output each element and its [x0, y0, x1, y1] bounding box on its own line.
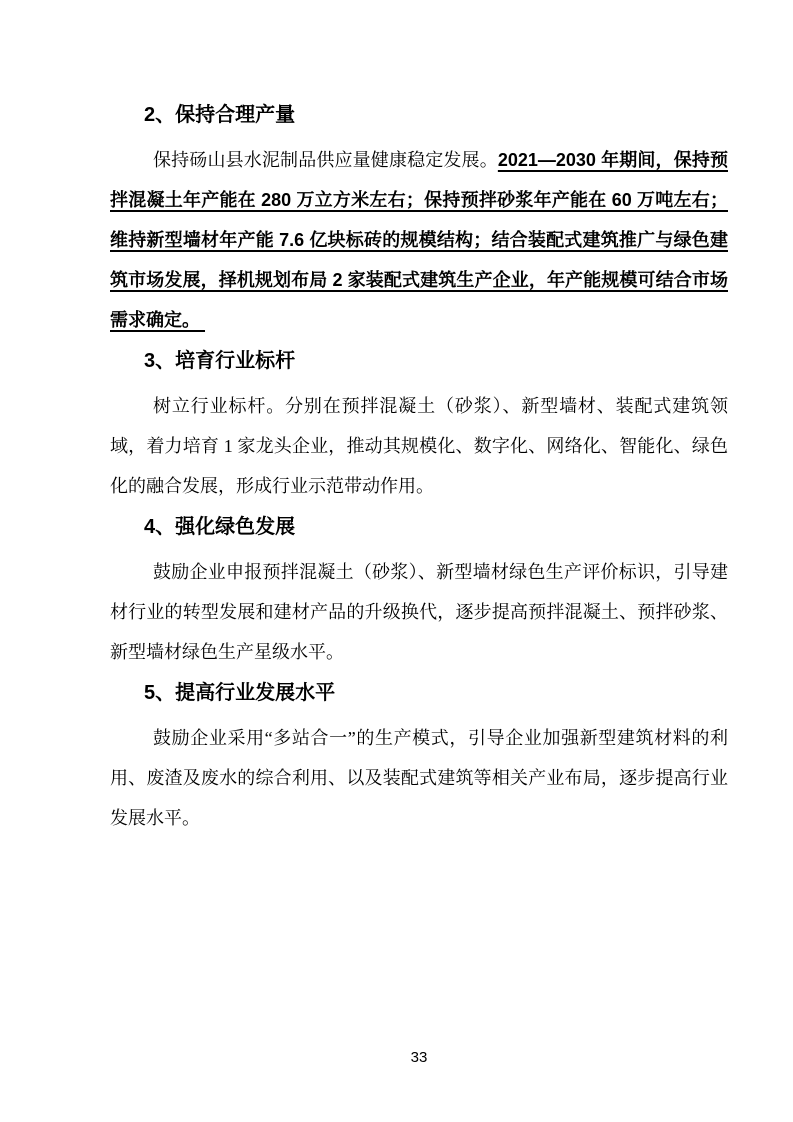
- section-2-heading: 2、保持合理产量: [110, 100, 728, 130]
- section-3-paragraph: 树立行业标杆。分别在预拌混凝土（砂浆）、新型墙材、装配式建筑领域，着力培育 1 …: [110, 386, 728, 506]
- section-5: 5、提高行业发展水平 鼓励企业采用“多站合一”的生产模式，引导企业加强新型建筑材…: [110, 678, 728, 838]
- section-2: 2、保持合理产量 保持砀山县水泥制品供应量健康稳定发展。2021—2030 年期…: [110, 100, 728, 340]
- section-5-paragraph: 鼓励企业采用“多站合一”的生产模式，引导企业加强新型建筑材料的利用、废渣及废水的…: [110, 718, 728, 838]
- section-4-paragraph: 鼓励企业申报预拌混凝土（砂浆）、新型墙材绿色生产评价标识，引导建材行业的转型发展…: [110, 552, 728, 672]
- section-2-paragraph-normal-text: 保持砀山县水泥制品供应量健康稳定发展。: [153, 150, 498, 170]
- section-5-heading: 5、提高行业发展水平: [110, 678, 728, 708]
- section-4: 4、强化绿色发展 鼓励企业申报预拌混凝土（砂浆）、新型墙材绿色生产评价标识，引导…: [110, 512, 728, 672]
- section-4-heading: 4、强化绿色发展: [110, 512, 728, 542]
- document-page: 2、保持合理产量 保持砀山县水泥制品供应量健康稳定发展。2021—2030 年期…: [0, 0, 793, 1122]
- section-2-paragraph-bold-underline-text: 2021—2030 年期间，保持预拌混凝土年产能在 280 万立方米左右；保持预…: [110, 150, 728, 330]
- page-number: 33: [404, 1048, 434, 1068]
- section-2-paragraph: 保持砀山县水泥制品供应量健康稳定发展。2021—2030 年期间，保持预拌混凝土…: [110, 140, 728, 340]
- section-3-heading: 3、培育行业标杆: [110, 346, 728, 376]
- section-3: 3、培育行业标杆 树立行业标杆。分别在预拌混凝土（砂浆）、新型墙材、装配式建筑领…: [110, 346, 728, 506]
